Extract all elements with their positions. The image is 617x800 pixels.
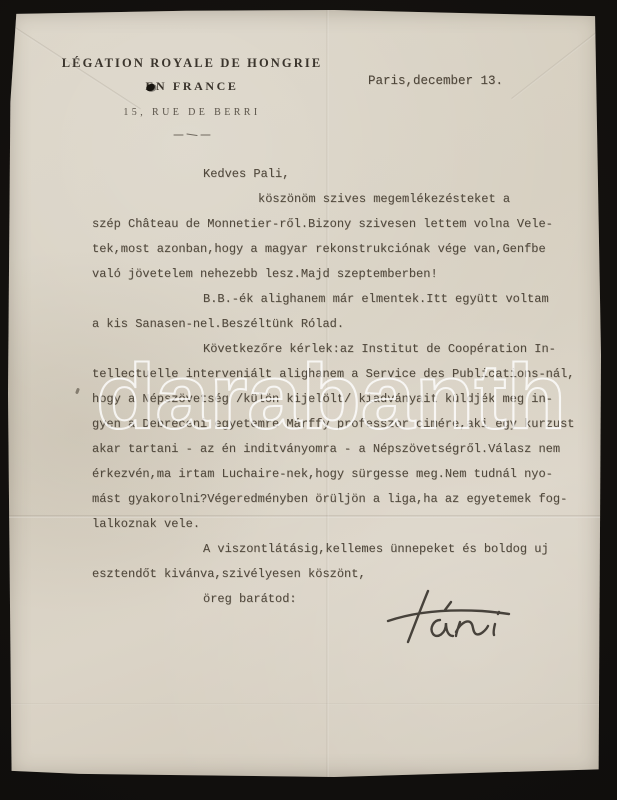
letter-paper: LÉGATION ROYALE DE HONGRIE EN FRANCE 15,… — [8, 10, 601, 777]
letter-line: hogy a Népszövetség /külön kijelölt/ kia… — [92, 387, 594, 412]
letter-body: Kedves Pali, köszönöm szives megemlékezé… — [92, 162, 594, 612]
letter-line: akar tartani - az én inditványomra - a N… — [92, 437, 594, 462]
dateline: Paris,december 13. — [368, 74, 503, 88]
letter-line: lalkoznak vele. — [92, 512, 594, 537]
letterhead-line1: LÉGATION ROYALE DE HONGRIE — [52, 56, 332, 71]
paper-speck — [75, 388, 80, 395]
letter-line: a kis Sanasen-nel.Beszéltünk Rólad. — [92, 312, 594, 337]
letter-line: való jövetelem nehezebb lesz.Majd szepte… — [92, 262, 594, 287]
letterhead-line2: EN FRANCE — [52, 79, 332, 94]
letter-line: érkezvén,ma irtam Luchaire-nek,hogy sürg… — [92, 462, 594, 487]
letter-line: tellectuelle interveniált alighanem a Se… — [92, 362, 594, 387]
letter-line: szép Château de Monnetier-ről.Bizony szi… — [92, 212, 594, 237]
letter-line: Következőre kérlek:az Institut de Coopér… — [92, 337, 594, 362]
letter-line: A viszontlátásig,kellemes ünnepeket és b… — [92, 537, 594, 562]
letterhead-divider-ornament — [52, 125, 332, 143]
letter-line: gyen a Debreceni egyetemre Márffy profes… — [92, 412, 594, 437]
corner-crease-top-right — [511, 18, 615, 100]
letter-line: B.B.-ék alighanem már elmentek.Itt együt… — [92, 287, 594, 312]
letter-line: tek,most azonban,hogy a magyar rekonstru… — [92, 237, 594, 262]
letter-line: köszönöm szives megemlékezésteket a — [92, 187, 594, 212]
letter-line: mást gyakorolni?Végeredményben örüljön a… — [92, 487, 594, 512]
fold-crease-horizontal-lower — [8, 703, 601, 705]
salutation: Kedves Pali, — [92, 162, 594, 187]
letterhead: LÉGATION ROYALE DE HONGRIE EN FRANCE 15,… — [52, 56, 332, 143]
scan-frame: LÉGATION ROYALE DE HONGRIE EN FRANCE 15,… — [0, 0, 617, 800]
letterhead-address: 15, RUE DE BERRI — [52, 107, 332, 118]
signature-handwritten — [382, 584, 527, 652]
